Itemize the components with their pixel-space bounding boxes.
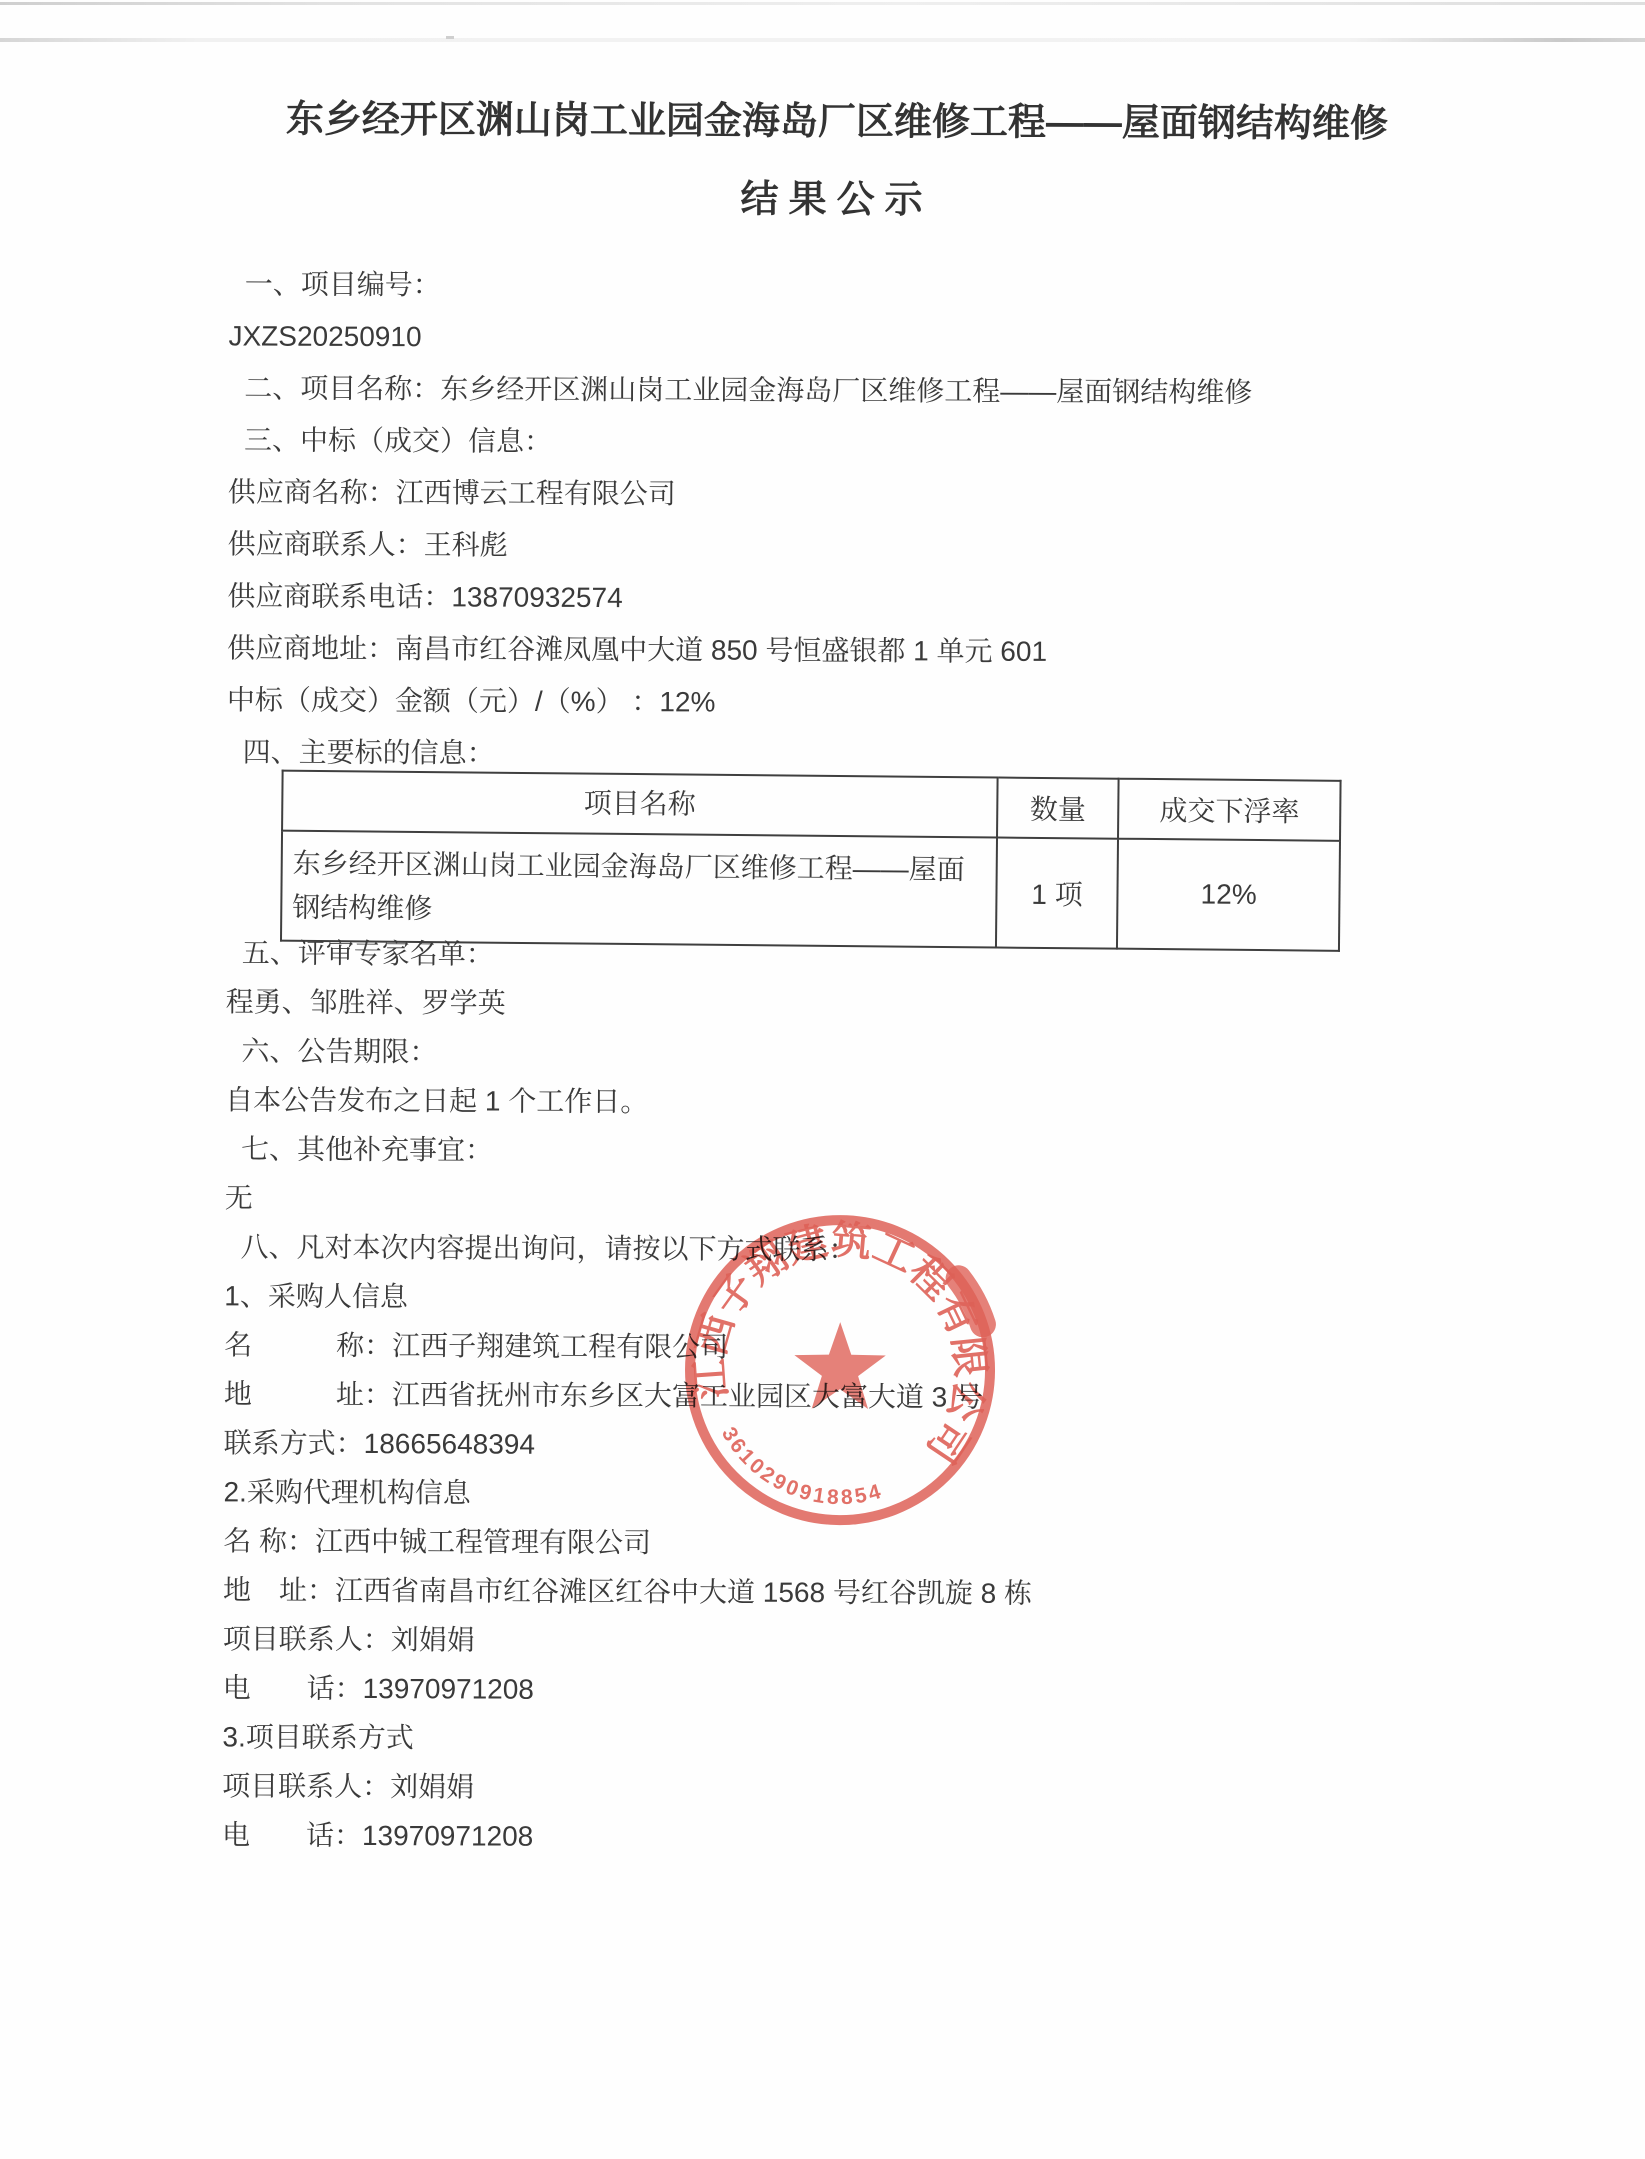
project-contact-heading: 3.项目联系方式 [222, 1712, 1577, 1767]
supplier-contact: 供应商联系人：王科彪 [228, 518, 1583, 576]
section-heading-award-info: 三、中标（成交）信息： [228, 414, 1583, 472]
svg-text:3610290918854: 3610290918854 [717, 1423, 887, 1509]
seal-registration-number: 3610290918854 [717, 1423, 887, 1509]
company-seal: 江西子翔建筑工程有限公司 3610290918854 [669, 1199, 1010, 1540]
supplier-name: 供应商名称：江西博云工程有限公司 [228, 466, 1583, 524]
section-heading-notice-period: 六、公告期限： [225, 1026, 1580, 1081]
document-title: 东乡经开区渊山岗工业园金海岛厂区维修工程——屋面钢结构维修 [59, 97, 1614, 148]
column-header-rate: 成交下浮率 [1118, 779, 1340, 841]
project-contact-person: 项目联系人：刘娟娟 [222, 1761, 1577, 1816]
table-header-row: 项目名称 数量 成交下浮率 [282, 771, 1341, 841]
supplier-phone: 供应商联系电话：13870932574 [227, 570, 1582, 628]
body-text-upper: 一、项目编号： JXZS20250910 二、项目名称：东乡经开区渊山岗工业园金… [227, 258, 1584, 784]
section-heading-project-number: 一、项目编号： [229, 258, 1584, 316]
bid-info-table: 项目名称 数量 成交下浮率 东乡经开区渊山岗工业园金海岛厂区维修工程——屋面钢结… [280, 770, 1342, 952]
document-subtitle: 结果公示 [59, 175, 1614, 226]
experts-list: 程勇、邹胜祥、罗学英 [226, 977, 1581, 1032]
award-amount: 中标（成交）金额（元）/（%） ：12% [227, 674, 1582, 732]
document-page: 东乡经开区渊山岗工业园金海岛厂区维修工程——屋面钢结构维修 结果公示 一、项目编… [0, 0, 1645, 2159]
agency-phone: 电 话：13970971208 [223, 1663, 1578, 1718]
column-header-quantity: 数量 [997, 778, 1119, 839]
project-contact-phone: 电 话：13970971208 [222, 1810, 1577, 1865]
column-header-project-name: 项目名称 [282, 771, 997, 838]
section-heading-project-name: 二、项目名称：东乡经开区渊山岗工业园金海岛厂区维修工程——屋面钢结构维修 [228, 362, 1583, 420]
agency-contact-person: 项目联系人：刘娟娟 [223, 1614, 1578, 1669]
seal-star-icon [794, 1322, 886, 1409]
section-heading-other-matters: 七、其他补充事宜： [225, 1124, 1580, 1179]
section-heading-experts: 五、评审专家名单： [226, 928, 1581, 983]
agency-address: 地 址：江西省南昌市红谷滩区红谷中大道 1568 号红谷凯旋 8 栋 [223, 1565, 1578, 1620]
notice-period-value: 自本公告发布之日起 1 个工作日。 [225, 1075, 1580, 1130]
project-number-value: JXZS20250910 [228, 310, 1583, 368]
document-content: 东乡经开区渊山岗工业园金海岛厂区维修工程——屋面钢结构维修 结果公示 一、项目编… [0, 0, 1645, 2159]
supplier-address: 供应商地址：南昌市红谷滩凤凰中大道 850 号恒盛银都 1 单元 601 [227, 622, 1582, 680]
